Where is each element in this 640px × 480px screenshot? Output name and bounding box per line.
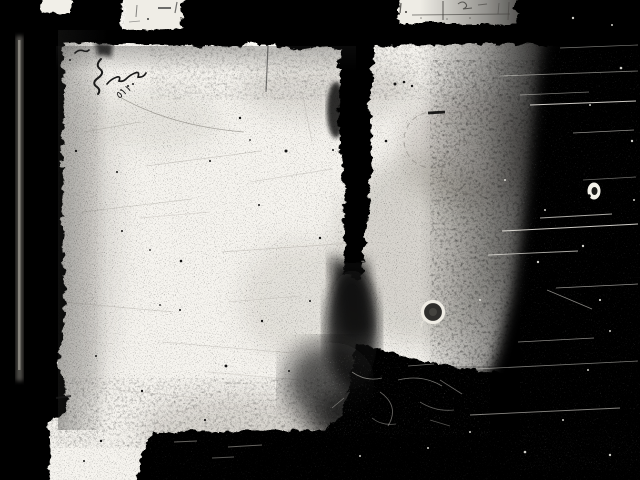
left-bar-light-streak-core (18, 40, 21, 370)
dust-speck (609, 454, 611, 456)
speck (141, 390, 143, 392)
dust-speck (633, 199, 635, 201)
speck (319, 237, 321, 239)
dust-speck (504, 179, 506, 181)
speck (179, 309, 181, 311)
white-dash-under-bar (245, 42, 275, 47)
dust-speck (562, 419, 564, 421)
speck (83, 460, 85, 462)
speck (309, 300, 311, 302)
speck (100, 440, 102, 442)
dust-speck (524, 451, 527, 454)
speck (209, 160, 211, 162)
bar-bulge (327, 82, 345, 138)
white-dust-right (520, 50, 640, 470)
pencil-dot (469, 17, 471, 19)
dust-speck (544, 209, 546, 211)
speck (225, 365, 228, 368)
dust-speck (611, 24, 613, 26)
speck (332, 149, 334, 151)
bubble-blob-center (592, 187, 598, 195)
speck (249, 139, 251, 141)
dust-speck (589, 104, 591, 106)
left-transition-grain (56, 26, 98, 446)
dust-speck (469, 431, 471, 433)
dust-speck (631, 140, 633, 142)
pencil-dot (147, 18, 149, 20)
speck (411, 85, 413, 87)
dust-speck (427, 447, 429, 449)
short-black-dash (428, 112, 445, 113)
speck (149, 249, 151, 251)
dust-speck (582, 245, 584, 247)
speck (159, 304, 161, 306)
white-dust-crackle-zone (300, 355, 490, 435)
dust-speck (572, 17, 574, 19)
speck (285, 150, 288, 153)
speck (116, 171, 118, 173)
speck (394, 83, 397, 86)
top-left-light-window (124, 0, 181, 28)
speck (180, 260, 183, 263)
bubble-blob-notch (587, 194, 591, 198)
dust-speck (537, 261, 539, 263)
speck (204, 419, 206, 421)
scan-canvas: ٥١١ (0, 0, 640, 480)
pencil-dot (446, 18, 448, 20)
dust-speck (620, 67, 623, 70)
dust-speck (359, 455, 361, 457)
speck (121, 230, 123, 232)
microfilm-scan-frame: ٥١١ (0, 0, 640, 480)
ink-dot (132, 83, 134, 85)
dust-speck (479, 299, 481, 301)
top-left-white-notch (40, 0, 70, 11)
white-dust-bottom (150, 430, 640, 480)
dust-speck (599, 299, 601, 301)
dust-speck (587, 369, 589, 371)
speck (258, 204, 260, 206)
speck (261, 320, 263, 322)
pencil-dot (420, 17, 422, 19)
speck (385, 140, 388, 143)
bubble-ring-core (429, 308, 437, 316)
speck (239, 117, 241, 119)
dust-speck (609, 330, 611, 332)
speck (403, 81, 406, 84)
pencil-dot (405, 11, 407, 13)
